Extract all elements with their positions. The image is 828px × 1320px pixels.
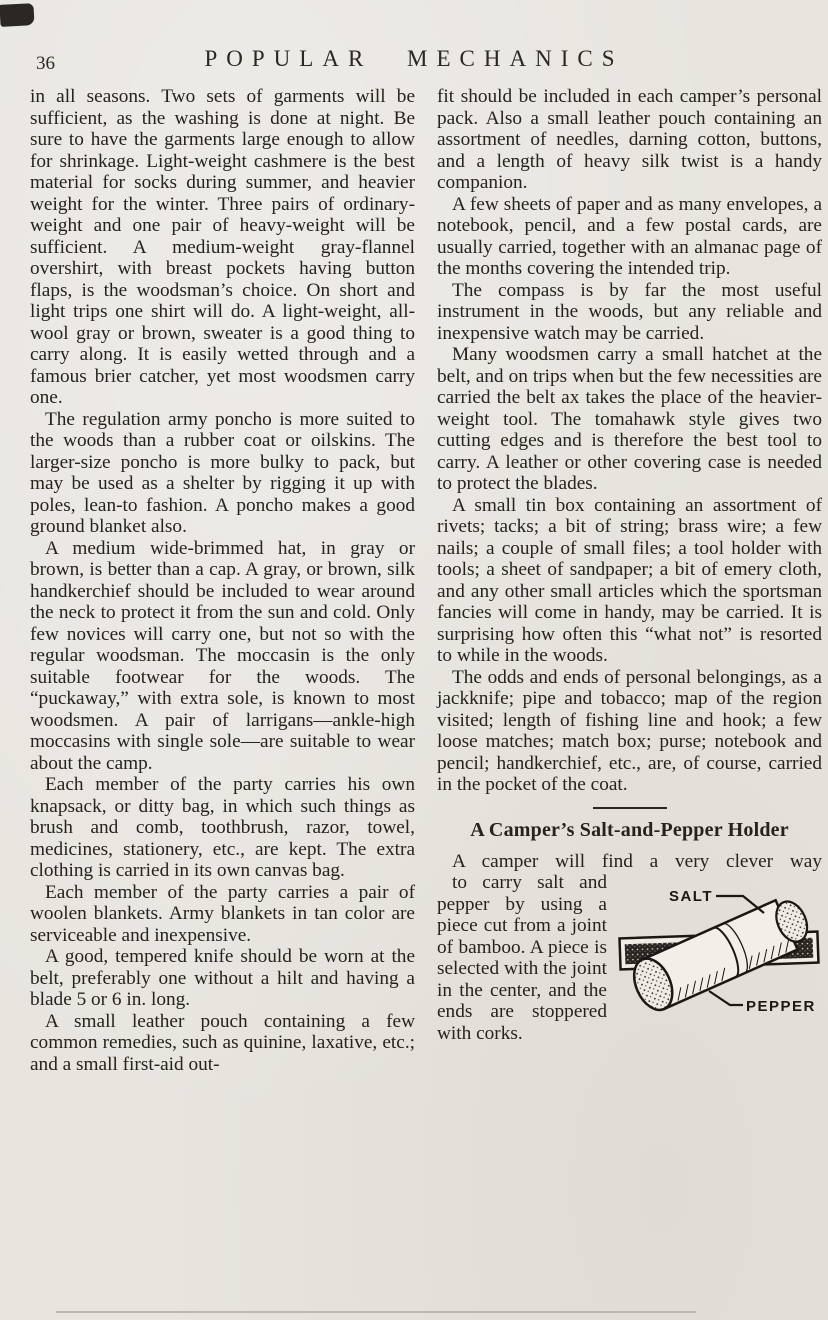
- pepper-label: PEPPER: [746, 998, 816, 1015]
- paragraph: The compass is by far the most useful in…: [437, 280, 822, 345]
- page-number: 36: [36, 53, 55, 75]
- right-column: fit should be included in each camper’s …: [437, 86, 822, 1075]
- paragraph: in all seasons. Two sets of garments wil…: [30, 86, 415, 409]
- magazine-page: 36 POPULAR MECHANICS in all seasons. Two…: [0, 0, 828, 1320]
- salt-pepper-figure: SALT PEPPER: [616, 875, 822, 1025]
- page-header: 36 POPULAR MECHANICS: [0, 46, 828, 80]
- text-columns: in all seasons. Two sets of garments wil…: [30, 86, 822, 1075]
- paragraph: A few sheets of paper and as many envelo…: [437, 194, 822, 280]
- paragraph: The odds and ends of personal belongings…: [437, 667, 822, 796]
- bamboo-holder-illustration: SALT PEPPER: [616, 875, 822, 1025]
- paragraph: Many woodsmen carry a small hatchet at t…: [437, 344, 822, 495]
- article-intro-line: A camper will find a very clever way: [437, 851, 822, 873]
- paragraph: fit should be included in each camper’s …: [437, 86, 822, 194]
- paragraph: A small tin box containing an assortment…: [437, 495, 822, 667]
- left-column: in all seasons. Two sets of garments wil…: [30, 86, 415, 1075]
- paragraph: Each member of the party carries his own…: [30, 774, 415, 882]
- scan-artifact-edge: [56, 1311, 696, 1313]
- paragraph: A medium wide-brimmed hat, in gray or br…: [30, 538, 415, 775]
- salt-label: SALT: [669, 888, 713, 905]
- article-heading: A Camper’s Salt-and-Pepper Holder: [437, 818, 822, 842]
- pepper-pointer-line: [709, 991, 743, 1005]
- page-title: POPULAR MECHANICS: [0, 46, 828, 72]
- article-body: SALT PEPPER to carry salt and pepper by …: [437, 872, 822, 1044]
- scan-artifact-blot: [0, 3, 35, 27]
- article-body-text: to carry salt and pepper by using a piec…: [437, 872, 607, 1044]
- paragraph: Each member of the party carries a pair …: [30, 882, 415, 947]
- section-divider-rule: [593, 807, 667, 809]
- paragraph: The regulation army poncho is more suite…: [30, 409, 415, 538]
- paragraph: A good, tempered knife should be worn at…: [30, 946, 415, 1011]
- paragraph: A small leather pouch containing a few c…: [30, 1011, 415, 1076]
